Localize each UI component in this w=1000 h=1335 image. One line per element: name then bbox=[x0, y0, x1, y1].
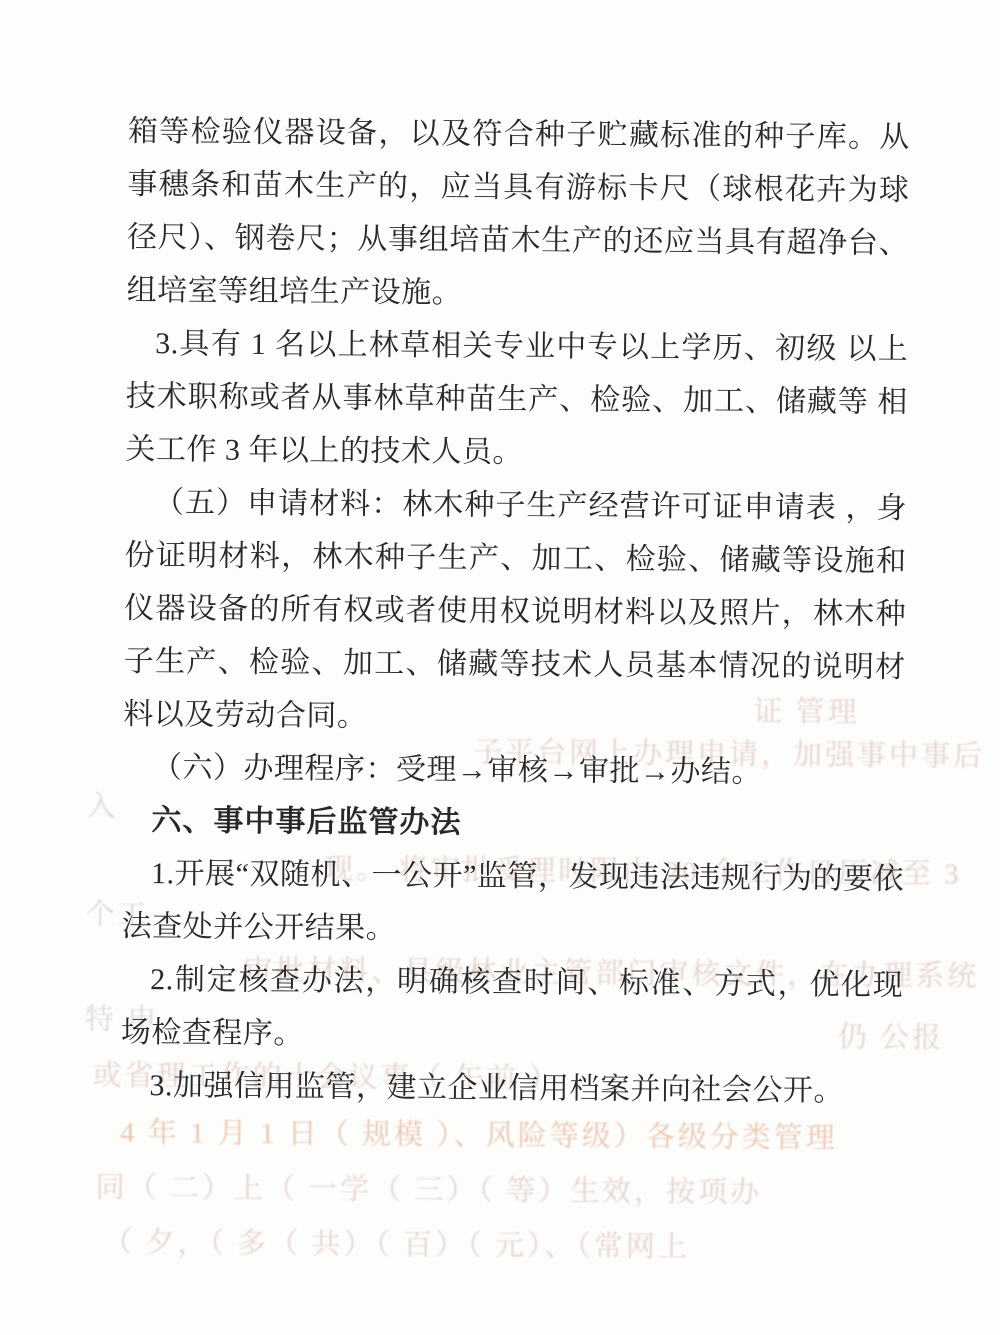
bleedthrough-line: 入 bbox=[86, 792, 118, 822]
body-paragraph: 1.开展“双随机、一公开”监管，发现违法违规行为的要依法查处并公开结果。 bbox=[121, 847, 904, 959]
bleedthrough-line: 同（ 二）上（ 一学（ 三）（ 等）生效，按项办 bbox=[95, 1173, 762, 1208]
bleedthrough-line: 4 年 1 月 1 日（ 规模 ）、风险等级）各级分类管理 bbox=[120, 1118, 838, 1154]
body-paragraph: 3.具有 1 名以上林草相关专业中专以上学历、初级 以上技术职称或者从事林草种苗… bbox=[125, 317, 908, 482]
body-paragraph: 3.加强信用监管，建立企业信用档案并向社会公开。 bbox=[120, 1059, 902, 1118]
body-paragraph: 2.制定核查办法，明确核查时间、标准、方式，优化现场检查程序。 bbox=[121, 953, 904, 1065]
body-paragraph-procedure: （六）办理程序：受理→审核→审批→办结。 bbox=[123, 741, 905, 800]
scan-skew-layer: 证 管理 子平台网上办理申请，加强事中事后 入 现。 将审批受理时限由 20 个… bbox=[0, 0, 1000, 1335]
bleedthrough-line: （ 夕，（ 多（ 共）（ 百）（ 元）、（常网上 bbox=[103, 1228, 690, 1263]
body-paragraph: （五）申请材料：林木种子生产经营许可证申请表 ，身份证明材料，林木种子生产、加工… bbox=[123, 476, 907, 747]
document-body: 箱等检验仪器设备，以及符合种子贮藏标准的种子库。从事穗条和苗木生产的，应当具有游… bbox=[120, 105, 910, 1118]
section-heading: 六、事中事后监管办法 bbox=[122, 794, 904, 853]
scanned-page: 证 管理 子平台网上办理申请，加强事中事后 入 现。 将审批受理时限由 20 个… bbox=[0, 0, 1000, 1335]
body-paragraph-continuation: 箱等检验仪器设备，以及符合种子贮藏标准的种子库。从事穗条和苗木生产的，应当具有游… bbox=[126, 105, 910, 323]
